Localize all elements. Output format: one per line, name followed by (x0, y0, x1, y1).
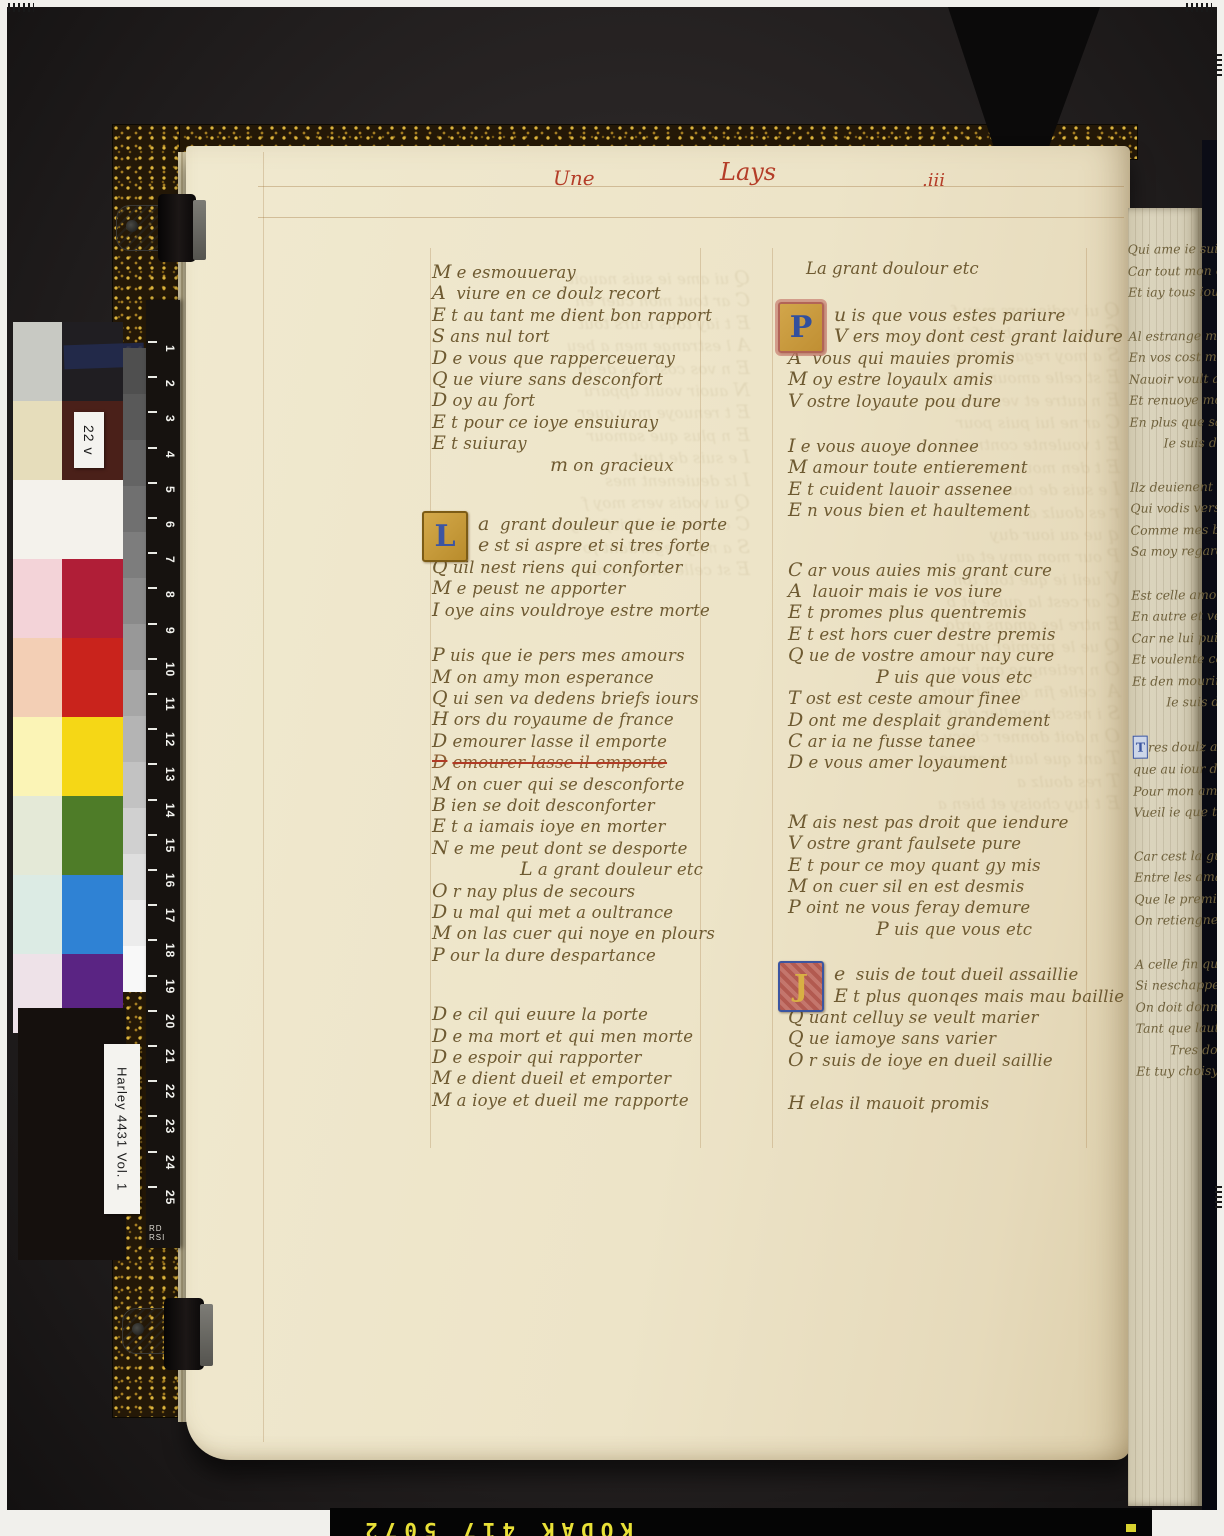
mount-frame-bottom-left (0, 1510, 330, 1536)
ruler-tick (148, 799, 157, 801)
mount-frame-right (1217, 0, 1224, 1536)
manuscript-line (788, 1071, 1118, 1092)
color-patch-tint-blue (13, 875, 62, 954)
recto-fragment-line: Et den mourir ie fu (1132, 669, 1224, 692)
recto-fragment-line: Ie suis de tout (1166, 690, 1224, 713)
grayscale-step (123, 670, 148, 716)
stanza: Mais nest pas droit que iendureVostre gr… (788, 812, 1118, 940)
recto-fragment-line: Ie suis de tout (1164, 431, 1224, 454)
color-patch-full-blue (62, 875, 123, 954)
recto-fragment-line: Nauoir voult apparu (1129, 367, 1224, 390)
grayscale-step (123, 440, 148, 486)
ruled-line (258, 217, 1124, 218)
recto-fragment-line: Comme mes briefs loy (1130, 518, 1224, 541)
ruler-tick (148, 517, 157, 519)
ruler-number: 22 (159, 1084, 177, 1099)
ruled-line (430, 248, 431, 1148)
ruler-number: 7 (159, 556, 177, 564)
manuscript-line: Car vous auies mis grant cure (788, 560, 1118, 581)
manuscript-line: Et pour ce ioye ensuiuray (432, 412, 742, 433)
mount-frame-left (0, 0, 7, 1536)
ruler-tick (148, 1080, 157, 1082)
ruler-tick (148, 693, 157, 695)
grayscale-step (123, 946, 148, 992)
manuscript-line: Et plus quonqes mais mau baillie (834, 986, 1118, 1007)
recto-fragment-line: Tant que lautre annee (1136, 1016, 1224, 1039)
measurement-ruler: 1234567891011121314151617181920212223242… (146, 300, 180, 1248)
color-patch-full-red (62, 638, 123, 717)
ruler-number: 9 (159, 627, 177, 635)
manuscript-line: A viure en ce doulz recort (432, 283, 742, 304)
manuscript-line: Puis que ie pers mes amours (432, 645, 742, 666)
ruler-number: 6 (159, 521, 177, 529)
manuscript-line: Ma ioye et dueil me rapporte (432, 1090, 742, 1111)
illuminated-initial-L: L (422, 511, 468, 562)
recto-fragment-line: Sa moy regardant fo (1131, 539, 1224, 562)
recto-fragment-line: Pour mon amy et au (1133, 779, 1224, 802)
ruler-number: 17 (159, 908, 177, 923)
manuscript-line: De vous que rapperceueray (432, 348, 742, 369)
stanza: Puis que vous estes pariureVers moy dont… (788, 305, 1118, 412)
ruler-number: 4 (159, 451, 177, 459)
recto-fragment-line: Qui vodis vers moy f (1130, 496, 1224, 519)
manuscript-line: Et suiuray (432, 433, 742, 454)
recto-fragment-line: Car cest la guise et b (1134, 844, 1224, 867)
manuscript-line: Moy estre loyaulx amis (788, 369, 1118, 390)
ruler-number: 14 (159, 803, 177, 818)
manuscript-line: mon gracieux (550, 455, 742, 476)
recto-fragment-group: A celle fin que lamourSi neschappeller d… (1135, 952, 1224, 1083)
ruler-tick (148, 1151, 157, 1153)
color-patch-tint-red (13, 638, 62, 717)
color-calibration-target (13, 322, 123, 1033)
color-patch-tint-gray (13, 322, 62, 401)
top-binder-clip (158, 194, 196, 262)
bottom-clip-rivet (132, 1323, 144, 1335)
color-target-row-white (13, 480, 123, 559)
color-patch-full-crimson (62, 559, 123, 638)
manuscript-line: Bien se doit desconforter (432, 795, 742, 816)
ruler-number: 11 (159, 697, 177, 712)
recto-fragment-line: Que le premier iour (1134, 887, 1224, 910)
ruler-number: 13 (159, 767, 177, 782)
manuscript-line: Vostre grant faulsete pure (788, 833, 1118, 854)
ruler-tick (148, 1186, 157, 1188)
ruled-line (263, 152, 264, 1442)
grayscale-step (123, 486, 148, 532)
color-patch-full-green (62, 796, 123, 875)
mount-frame-top (0, 0, 1224, 7)
manuscript-line: Que de vostre amour nay cure (788, 645, 1118, 666)
manuscript-line: Mon amy mon esperance (432, 667, 742, 688)
recto-fragment-line: Ilz deuienent mes (1130, 475, 1224, 498)
shelfmark-label-text: Harley 4431 Vol. 1 (115, 1067, 130, 1191)
manuscript-line: Pour la dure despartance (432, 945, 742, 966)
ruler-number: 20 (159, 1014, 177, 1029)
ruler-tick (148, 587, 157, 589)
recto-fragment-line: Si neschappeller doit f (1135, 973, 1224, 996)
recto-fragment-group: Qui ame ie suis nauoitCar tout mon cuer … (1127, 237, 1224, 303)
color-patch-tint-green (13, 796, 62, 875)
manuscript-line: Ie vous auoye donnee (788, 436, 1118, 457)
manuscript-line: Mon cuer sil en est desmis (788, 876, 1118, 897)
manuscript-line: En vous bien et haultement (788, 500, 1118, 521)
recto-fragment-line: En vos cost mis de m (1129, 345, 1224, 368)
recto-fragment-line: En plus que samour (1129, 410, 1224, 433)
recto-fragment-line: A celle fin que lamour (1135, 952, 1224, 975)
color-target-row-brown (13, 401, 123, 480)
stanza: Car vous auies mis grant cureA lauoir ma… (788, 560, 1118, 688)
registration-mark (1186, 3, 1212, 12)
ruler-tick (148, 939, 157, 941)
manuscript-line: Vers moy dont cest grant laidure (834, 326, 1118, 347)
stanza: De cil qui euure la porteDe ma mort et q… (432, 1004, 742, 1111)
color-target-row-red (13, 638, 123, 717)
ruled-line (258, 186, 1124, 187)
manuscript-line: Doy au fort (432, 390, 742, 411)
ruler-number: 2 (159, 380, 177, 388)
recto-fragment-line: Et tuy choisy et bien a (1136, 1059, 1224, 1082)
ruler-number: 12 (159, 732, 177, 747)
recto-fragment-line: Car ne lui puis pour (1132, 626, 1224, 649)
ruler-tick (148, 623, 157, 625)
color-patch-tint-brown (13, 401, 62, 480)
grayscale-step-wedge (123, 348, 148, 992)
manuscript-line: a grant douleur que ie porte (478, 514, 742, 535)
grayscale-step (123, 578, 148, 624)
stanza: Puis que ie pers mes amoursMon amy mon e… (432, 645, 742, 880)
illuminated-initial-P: P (778, 302, 824, 353)
manuscript-line: Mon cuer qui se desconforte (432, 774, 742, 795)
ruler-tick (148, 975, 157, 977)
ruler-tick (148, 376, 157, 378)
manuscript-line: Quil nest riens qui conforter (432, 557, 742, 578)
manuscript-line: Puis que vous etc (876, 919, 1118, 940)
manuscript-line: Et cuident lauoir assenee (788, 479, 1118, 500)
stanza: Je suis de tout dueil assaillieEt plus q… (788, 964, 1118, 1114)
color-patch-full-white (62, 480, 123, 559)
ruler-tick (148, 1010, 157, 1012)
color-target-row-green (13, 796, 123, 875)
ruler-number: 19 (159, 979, 177, 994)
ruler-number: 24 (159, 1155, 177, 1170)
recto-fragment-group: Car cest la guise et bEntre les amans or… (1134, 844, 1224, 932)
manuscript-line: est si aspre et si tres forte (478, 535, 742, 556)
recto-fragment-line: Car tout mon cuer en (1128, 259, 1224, 282)
stanza: Me esmouuerayA viure en ce doulz recortE… (432, 262, 742, 476)
manuscript-line: Dont me desplait grandement (788, 710, 1118, 731)
ruler-tick (148, 763, 157, 765)
manuscript-photograph: Une Lays .iii Qui ame ie suis nauoitCar … (0, 0, 1224, 1536)
recto-fragment-line: En autre et vers moy (1131, 604, 1224, 627)
recto-fragment-group: Ilz deuienent mesQui vodis vers moy fCom… (1130, 475, 1224, 563)
grayscale-step (123, 808, 148, 854)
registration-mark (8, 3, 34, 12)
grayscale-step (123, 854, 148, 900)
ruler-tick (148, 411, 157, 413)
stanza: Tost est ceste amour fineeDont me despla… (788, 688, 1118, 774)
ruler-number: 21 (159, 1049, 177, 1064)
manuscript-line: Mon las cuer qui noye en plours (432, 923, 742, 944)
manuscript-line: Du mal qui met a oultrance (432, 902, 742, 923)
ruler-tick (148, 482, 157, 484)
manuscript-line: Et a iamais ioye en morter (432, 816, 742, 837)
stanza: Ie vous auoye donneeMamour toute entiere… (788, 436, 1118, 522)
manuscript-line: Et au tant me dient bon rapport (432, 305, 742, 326)
ruler-tick (148, 658, 157, 660)
ruler-number: 15 (159, 838, 177, 853)
manuscript-line: Sans nul tort (432, 326, 742, 347)
recto-fragment-line: On doit donner chacu (1135, 995, 1224, 1018)
shelfmark-label: Harley 4431 Vol. 1 (104, 1044, 140, 1214)
ruler-tick (148, 341, 157, 343)
manuscript-line: uis que vous estes pariure (834, 305, 1118, 326)
folio-label-text: 22 v (81, 425, 97, 455)
ruler-number: 18 (159, 943, 177, 958)
manuscript-line: Hors du royaume de france (432, 709, 742, 730)
recto-fragment-group: Al estrange men a beuEn vos cost mis de … (1128, 324, 1224, 455)
bottom-clip-end (200, 1304, 213, 1366)
manuscript-line: Demourer lasse il emporte (432, 752, 742, 773)
manuscript-line: Or nay plus de secours (432, 881, 742, 902)
recto-fragment-group: Tres doulz ami or tenque au iour duyPour… (1133, 734, 1224, 824)
manuscript-line: Ne me peut dont se desporte (432, 838, 742, 859)
manuscript-line: Helas il mauoit promis (788, 1093, 1118, 1114)
ruler-tick (148, 728, 157, 730)
recto-fragment-line: Entre les amans ordo (1134, 865, 1224, 888)
manuscript-line: Puis que vous etc (876, 667, 1118, 688)
ruler-tick (148, 1115, 157, 1117)
ruler-number: 23 (159, 1119, 177, 1134)
ruled-line (772, 248, 773, 1148)
running-header-center: Lays (720, 158, 776, 186)
grayscale-step (123, 900, 148, 946)
text-column-2: La grant doulour etc Puis que vous estes… (788, 258, 1118, 1138)
recto-fragment-line: Vueil ie que tout ton (1133, 800, 1224, 823)
manuscript-line: A lauoir mais ie vos iure (788, 581, 1118, 602)
film-edge-strip: KODAK 417 5072 (330, 1508, 1152, 1536)
ruler-number: 5 (159, 486, 177, 494)
grayscale-step (123, 394, 148, 440)
recto-fragment-line: Tres doulz a (1170, 1038, 1224, 1061)
recto-fragment-line: Et voulente contrarie (1132, 647, 1224, 670)
running-header-number: .iii (922, 170, 945, 191)
color-patch-tint-crimson (13, 559, 62, 638)
ruler-number: 3 (159, 415, 177, 423)
next-folio-text: Qui ame ie suis nauoitCar tout mon cuer … (1127, 237, 1224, 1104)
ruler-number: 25 (159, 1190, 177, 1205)
manuscript-line: Et est hors cuer destre premis (788, 624, 1118, 645)
manuscript-line: Car ia ne fusse tanee (788, 731, 1118, 752)
color-target-row-crimson (13, 559, 123, 638)
illuminated-initial-J: J (778, 961, 824, 1012)
small-initial-T: T (1133, 735, 1149, 759)
registration-mark (1215, 1184, 1222, 1208)
film-edge-code: KODAK 417 5072 (358, 1518, 633, 1536)
manuscript-line: De espoir qui rapporter (432, 1047, 742, 1068)
grayscale-step (123, 624, 148, 670)
manuscript-line: De ma mort et qui men morte (432, 1026, 742, 1047)
recto-fragment-line: Est celle amour tres (1131, 583, 1224, 606)
manuscript-line: La grant douleur etc (520, 859, 742, 880)
color-target-row-yellow (13, 717, 123, 796)
recto-fragment-line: Qui ame ie suis nauoit (1127, 237, 1224, 260)
manuscript-line: Mais nest pas droit que iendure (788, 812, 1118, 833)
ruler-tick (148, 904, 157, 906)
manuscript-line: De cil qui euure la porte (432, 1004, 742, 1025)
manuscript-line: Vostre loyaute pou dure (788, 391, 1118, 412)
manuscript-line: Que iamoye sans varier (788, 1028, 1118, 1049)
ruler-number: 1 (159, 345, 177, 353)
grayscale-step (123, 762, 148, 808)
recto-fragment-group: Est celle amour tresEn autre et vers moy… (1131, 583, 1224, 714)
manuscript-line: Ioye ains vouldroye estre morte (432, 600, 742, 621)
color-patch-tint-yellow (13, 717, 62, 796)
manuscript-line: Mamour toute entierement (788, 457, 1118, 478)
registration-mark (1215, 52, 1222, 76)
color-patch-tint-white (13, 480, 62, 559)
manuscript-line: Qui sen va dedens briefs iours (432, 688, 742, 709)
manuscript-line: Et promes plus quentremis (788, 602, 1118, 623)
grayscale-step (123, 532, 148, 578)
recto-fragment-line: Et renuoye moy guer (1129, 388, 1224, 411)
recto-fragment-line: Et iay tous iours tout (1128, 280, 1224, 303)
ruler-number: 16 (159, 873, 177, 888)
recto-fragment-line: On retiengne ami pou (1134, 908, 1224, 931)
ruler-number: 10 (159, 662, 177, 677)
manuscript-line: Me dient dueil et emporter (432, 1068, 742, 1089)
recto-fragment-line: Al estrange men a beu (1128, 324, 1224, 347)
running-header-left: Une (553, 166, 595, 190)
stanza-heading: La grant doulour etc (806, 258, 1118, 279)
top-clip-rivet (126, 220, 138, 232)
manuscript-line: A vous qui mauies promis (788, 348, 1118, 369)
folio-label: 22 v (74, 412, 104, 468)
manuscript-line: Or suis de ioye en dueil saillie (788, 1050, 1118, 1071)
grayscale-step (123, 716, 148, 762)
manuscript-line: Tost est ceste amour finee (788, 688, 1118, 709)
manuscript-line: De vous amer loyaument (788, 752, 1118, 773)
bottom-binder-clip (164, 1298, 204, 1370)
text-column-1: Me esmouuerayA viure en ce doulz recortE… (432, 262, 742, 1135)
manuscript-line: e suis de tout dueil assaillie (834, 964, 1118, 985)
ruler-tick (148, 834, 157, 836)
manuscript-line: Quant celluy se veult marier (788, 1007, 1118, 1028)
grayscale-step (123, 348, 148, 394)
mount-frame-bottom-right (1152, 1510, 1224, 1536)
ruler-tick (148, 552, 157, 554)
manuscript-line: Me esmouueray (432, 262, 742, 283)
manuscript-line: Me peust ne apporter (432, 578, 742, 599)
recto-fragment-line: Tres doulz ami or ten (1133, 734, 1224, 759)
top-clip-end (193, 200, 206, 260)
ruler-tick (148, 1045, 157, 1047)
recto-fragment-line: que au iour duy (1133, 757, 1224, 780)
color-patch-full-yellow (62, 717, 123, 796)
ruler-number: 8 (159, 591, 177, 599)
ruler-tick (148, 869, 157, 871)
stanza: La grant douleur que ie porteest si aspr… (432, 514, 742, 621)
stanza: Or nay plus de secoursDu mal qui met a o… (432, 881, 742, 967)
manuscript-line: Point ne vous feray demure (788, 897, 1118, 918)
ruler-brand-text: RD RSI (149, 1224, 180, 1242)
color-target-row-blue (13, 875, 123, 954)
manuscript-line: Demourer lasse il emporte (432, 731, 742, 752)
manuscript-line: Et pour ce moy quant gy mis (788, 855, 1118, 876)
film-edge-mark (1126, 1524, 1136, 1532)
manuscript-line: Que viure sans desconfort (432, 369, 742, 390)
ruler-tick (148, 447, 157, 449)
